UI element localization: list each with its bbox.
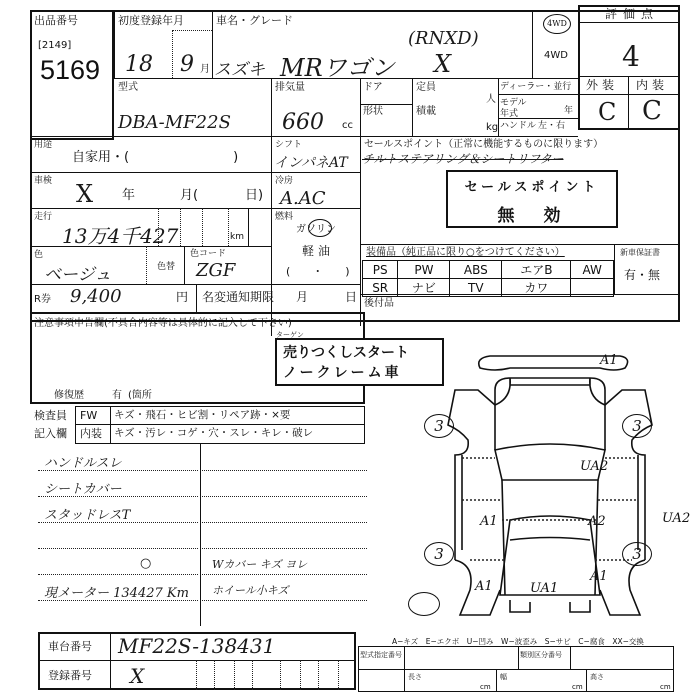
length-unit: cm	[480, 682, 491, 693]
car-grade: X	[434, 50, 451, 78]
fw-label: FW	[80, 410, 97, 421]
shift-value: インパネAT	[274, 152, 348, 172]
remark-left: ○	[140, 556, 151, 571]
handle-options: 左・右	[538, 121, 565, 132]
inspection-day-unit: 日)	[245, 190, 263, 201]
first-registration-year: 18	[125, 52, 153, 77]
first-registration-label: 初度登録年月	[118, 15, 184, 26]
name-change-label: 名変通知期限	[202, 292, 274, 303]
model-code-value: DBA-MF22S	[118, 112, 231, 133]
fuel-selected-circle	[308, 219, 332, 237]
color-value: ベージュ	[44, 260, 111, 285]
shape-label: 形状	[363, 106, 383, 117]
equip-aw: AW	[571, 261, 614, 279]
usage-value: 自家用・( )	[72, 152, 238, 163]
inspection-label: 車検	[34, 176, 52, 187]
remark-left: シートカバー	[44, 478, 122, 497]
fw-items: キズ・飛石・ヒビ割・リペア跡・×要	[114, 410, 290, 421]
displacement-label: 排気量	[275, 82, 305, 93]
fuel-label: 燃料	[275, 212, 293, 223]
type-number-label: 型式指定番号	[360, 650, 402, 661]
remark-right: Wカバー キズ ヨレ	[212, 556, 307, 572]
tire-mark-rear-right: 3	[622, 414, 652, 438]
sales-point-value: チルトステアリング＆シートリフター	[362, 150, 563, 167]
mark-rear-right-door: UA2	[580, 459, 608, 474]
remark-left: ハンドルスレ	[44, 452, 122, 471]
equip-airbag: エアB	[502, 261, 571, 279]
stamp-title: セールスポイント	[448, 176, 616, 195]
name-change-day: 日	[345, 292, 357, 303]
exterior-grade: C	[598, 98, 616, 126]
load-unit: kg	[486, 122, 498, 133]
repair-history-value: 有	[112, 390, 122, 401]
mileage-value: 13万4千427	[62, 220, 178, 249]
capacity-unit: 人	[486, 94, 496, 105]
chassis-label: 車台番号	[48, 641, 92, 652]
color-change-label: 色替	[157, 262, 175, 273]
dealer-label: ディーラー・並行	[500, 82, 571, 93]
load-label: 積載	[416, 106, 436, 117]
exterior-label: 外装	[586, 80, 618, 91]
length-label: 長さ	[408, 672, 422, 683]
inspection-month-unit: 月(	[180, 190, 198, 201]
remark-left: 現メーター 134427 Km	[44, 582, 189, 601]
remark-right: ホイール小キズ	[212, 582, 289, 598]
sales-point-invalid-stamp: セールスポイント 無 効	[446, 170, 618, 228]
color-code-value: ZGF	[196, 260, 235, 281]
mark-rear-bumper: A1	[599, 353, 618, 368]
score-label: 評価点	[605, 9, 659, 20]
mark-front-left-fender: A1	[474, 579, 493, 594]
lot-label: 出品番号	[34, 15, 78, 26]
recycle-label: R券	[34, 294, 51, 305]
ac-value: A.AC	[280, 188, 326, 209]
mark-right-sill: UA2	[662, 511, 690, 526]
shift-label: シフト	[275, 140, 302, 151]
interior-grade: C	[642, 96, 662, 126]
stamp2-small: ターゲン	[276, 330, 304, 341]
aftermarket-label: 後付品	[364, 298, 394, 309]
fuel-option-diesel: 軽油	[302, 246, 334, 257]
recycle-unit: 円	[176, 292, 188, 303]
interior-check-label: 内装	[80, 428, 102, 439]
mark-right-door: A2	[587, 514, 606, 529]
registration-value: X	[130, 664, 144, 688]
repair-history-label: 修復歴	[54, 390, 84, 401]
4wd-label: 4WD	[544, 50, 568, 61]
lot-sub-number: [2149]	[38, 40, 71, 51]
mark-left-door: A1	[479, 514, 498, 529]
width-label: 幅	[500, 672, 507, 683]
inspection-value: X	[76, 180, 93, 208]
equipment-label: 装備品（純正品に限り○をつけてください）	[366, 247, 565, 258]
interior-label: 内装	[636, 80, 668, 91]
equip-ps: PS	[363, 261, 398, 279]
manual-value: 有・無	[624, 270, 660, 281]
equip-pw: PW	[398, 261, 450, 279]
registration-label: 登録番号	[48, 670, 92, 681]
displacement-unit: cc	[342, 120, 353, 131]
model-year-label: モデル年式	[500, 98, 530, 120]
inspector-label-2: 記入欄	[34, 428, 67, 439]
interior-items: キズ・汚レ・コゲ・穴・スレ・キレ・破レ	[114, 428, 313, 439]
mileage-label: 走行	[34, 212, 52, 223]
tire-mark-front-right: 3	[622, 542, 652, 566]
equip-abs: ABS	[450, 261, 502, 279]
width-unit: cm	[572, 682, 583, 693]
name-change-month: 月	[296, 292, 308, 303]
stamp-status: 無 効	[448, 201, 616, 226]
mileage-unit: km	[230, 232, 244, 243]
handle-label: ハンドル	[500, 121, 536, 132]
car-code: (RNXD)	[408, 28, 479, 49]
lot-number: 5169	[40, 55, 100, 86]
car-name-label: 車名・グレード	[216, 15, 293, 26]
tire-mark-front-left: 3	[424, 542, 454, 566]
mark-front-right-fender: A1	[589, 569, 608, 584]
notes-header: 注意事項申告欄(不具合内容等は具体的に記入して下さい)	[34, 318, 292, 329]
mark-hood: UA1	[530, 581, 558, 596]
fuel-other: ( ・ )	[286, 266, 350, 277]
color-label: 色	[34, 250, 43, 261]
manual-label: 新車保証書	[620, 247, 660, 258]
equipment-table: PS PW ABS エアB AW SR ナビ TV カワ	[362, 260, 614, 297]
capacity-label: 定員	[416, 82, 436, 93]
tire-mark-rear-left: 3	[424, 414, 454, 438]
height-unit: cm	[660, 682, 671, 693]
model-year-unit: 年	[564, 106, 573, 117]
first-registration-month: 9	[180, 52, 194, 77]
inspector-label-1: 検査員	[34, 410, 67, 421]
height-label: 高さ	[590, 672, 604, 683]
displacement-value: 660	[282, 110, 324, 135]
chassis-value: MF22S-138431	[118, 634, 275, 658]
recycle-value: 9,400	[70, 286, 122, 307]
model-code-label: 型式	[118, 82, 138, 93]
inspection-year-unit: 年	[122, 190, 135, 201]
usage-label: 用途	[34, 140, 52, 151]
doors-label: ドア	[363, 82, 383, 93]
repair-history-location: (箇所	[128, 390, 152, 401]
class-number-label: 類別区分番号	[520, 650, 562, 661]
4wd-icon: 4WD	[543, 14, 571, 34]
month-unit: 月	[200, 64, 210, 75]
spare-tire-circle	[408, 592, 440, 616]
score-value: 4	[622, 40, 640, 73]
car-damage-diagram: A1 UA2 A1 A2 UA2 A1 A1 UA1 A2 A2	[400, 350, 700, 620]
car-make: スズキ	[214, 55, 265, 80]
ac-label: 冷房	[275, 176, 293, 187]
color-code-label: 色コード	[190, 249, 226, 260]
sales-point-label: セールスポイント（正常に機能するものに限ります）	[364, 139, 603, 150]
remark-left: スタッドレスT	[44, 504, 130, 523]
